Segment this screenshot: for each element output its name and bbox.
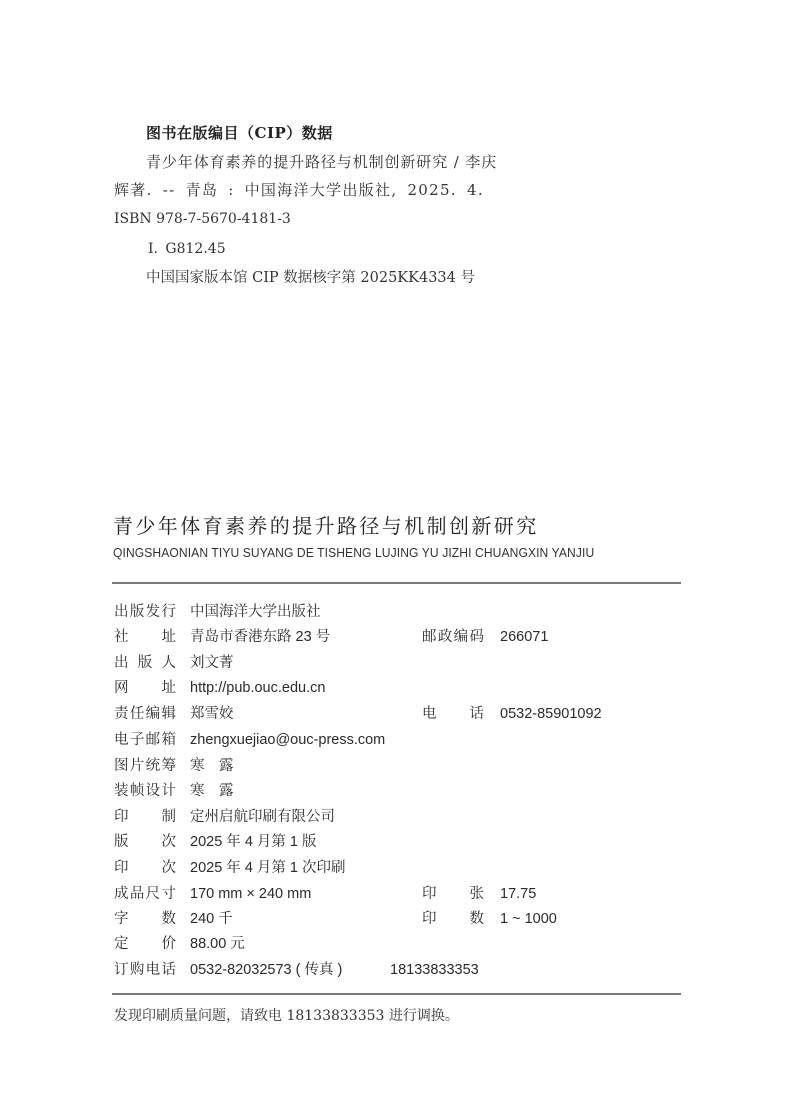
label-char: 码 <box>469 626 484 648</box>
label-char: 张 <box>470 883 485 905</box>
top-divider <box>112 582 681 584</box>
label-char: 成 <box>114 883 129 905</box>
label-char: 编 <box>146 703 161 725</box>
label-char: 装 <box>114 780 129 802</box>
info-value-secondary: 0532-85901092 <box>500 703 602 725</box>
cip-line-isbn: ISBN 978-7-5670-4181-3 <box>114 209 291 229</box>
label-char: 设 <box>146 780 161 802</box>
info-value: 2025 年 4 月第 1 版 <box>190 831 317 853</box>
label-char: 行 <box>161 601 176 623</box>
info-label: 字数 <box>114 908 176 930</box>
info-value: 中国海洋大学出版社 <box>190 601 321 623</box>
cip-line-record-number: 中国国家版本馆 CIP 数据核字第 2025KK4334 号 <box>146 268 475 288</box>
info-label: 网址 <box>114 677 176 699</box>
book-title-pinyin: QINGSHAONIAN TIYU SUYANG DE TISHENG LUJI… <box>113 545 594 561</box>
info-label: 订购电话 <box>114 959 176 981</box>
label-char: 社 <box>114 626 129 648</box>
book-title: 青少年体育素养的提升路径与机制创新研究 <box>113 514 539 540</box>
label-char: 印 <box>422 883 437 905</box>
label-char: 版 <box>114 831 129 853</box>
label-char: 印 <box>422 908 437 930</box>
label-char: 出 <box>114 652 129 674</box>
info-value: 寒 露 <box>190 755 234 777</box>
info-value-secondary: 1 ~ 1000 <box>500 908 557 930</box>
label-char: 址 <box>162 677 177 699</box>
label-char: 片 <box>130 755 145 777</box>
label-char: 次 <box>162 857 177 879</box>
info-label: 版次 <box>114 831 176 853</box>
label-char: 数 <box>470 908 485 930</box>
info-value: 88.00 元 <box>190 933 245 955</box>
info-value: http://pub.ouc.edu.cn <box>190 677 325 699</box>
cip-line-classification: Ⅰ. G812.45 <box>148 239 226 259</box>
info-value: 2025 年 4 月第 1 次印刷 <box>190 857 346 879</box>
info-value: 170 mm × 240 mm <box>190 883 311 905</box>
info-label: 图片统筹 <box>114 755 176 777</box>
label-char: 人 <box>162 652 177 674</box>
label-char: 电 <box>114 729 129 751</box>
info-value-phone-extra: 18133833353 <box>390 959 479 981</box>
label-char: 字 <box>114 908 129 930</box>
label-char: 寸 <box>161 883 176 905</box>
label-char: 辑 <box>161 703 176 725</box>
label-char: 子 <box>130 729 145 751</box>
bottom-divider <box>112 993 681 995</box>
label-char: 电 <box>146 959 161 981</box>
info-value: 寒 露 <box>190 780 234 802</box>
info-value-secondary: 17.75 <box>500 883 536 905</box>
info-value: 青岛市香港东路 23 号 <box>190 626 330 648</box>
label-char: 统 <box>146 755 161 777</box>
label-char: 政 <box>438 626 453 648</box>
label-char: 网 <box>114 677 129 699</box>
label-char: 印 <box>114 806 129 828</box>
info-value: 郑雪姣 <box>190 703 234 725</box>
label-char: 价 <box>162 933 177 955</box>
label-char: 图 <box>114 755 129 777</box>
label-char: 任 <box>130 703 145 725</box>
info-label: 社址 <box>114 626 176 648</box>
info-label-secondary: 邮政编码 <box>422 626 484 648</box>
info-value: 定州启航印刷有限公司 <box>190 806 335 828</box>
info-label: 印次 <box>114 857 176 879</box>
label-char: 筹 <box>161 755 176 777</box>
info-label-secondary: 电话 <box>422 703 484 725</box>
label-char: 帧 <box>130 780 145 802</box>
label-char: 责 <box>114 703 129 725</box>
cip-heading: 图书在版编目（CIP）数据 <box>146 123 333 143</box>
label-char: 尺 <box>146 883 161 905</box>
label-char: 箱 <box>161 729 176 751</box>
info-label: 出版人 <box>114 652 176 674</box>
info-label: 出版发行 <box>114 601 176 623</box>
label-char: 版 <box>138 652 153 674</box>
label-char: 编 <box>454 626 469 648</box>
label-char: 电 <box>422 703 437 725</box>
info-label: 印制 <box>114 806 176 828</box>
label-char: 购 <box>130 959 145 981</box>
info-value: zhengxuejiao@ouc-press.com <box>190 729 385 751</box>
cip-line-title: 青少年体育素养的提升路径与机制创新研究 / 李庆 <box>146 152 497 172</box>
info-label-secondary: 印数 <box>422 908 484 930</box>
label-char: 印 <box>114 857 129 879</box>
label-char: 邮 <box>422 626 437 648</box>
print-quality-note: 发现印刷质量问题，请致电 18133833353 进行调换。 <box>114 1005 459 1027</box>
label-char: 话 <box>470 703 485 725</box>
info-label: 责任编辑 <box>114 703 176 725</box>
label-char: 话 <box>161 959 176 981</box>
info-value: 刘文菁 <box>190 652 234 674</box>
label-char: 计 <box>161 780 176 802</box>
label-char: 发 <box>146 601 161 623</box>
label-char: 制 <box>162 806 177 828</box>
label-char: 品 <box>130 883 145 905</box>
info-label: 装帧设计 <box>114 780 176 802</box>
info-label-secondary: 印张 <box>422 883 484 905</box>
cip-line-author-publisher: 辉著. -- 青岛 : 中国海洋大学出版社, 2025. 4. <box>114 180 484 200</box>
info-value-secondary: 266071 <box>500 626 548 648</box>
info-label: 成品尺寸 <box>114 883 176 905</box>
label-char: 订 <box>114 959 129 981</box>
label-char: 址 <box>162 626 177 648</box>
label-char: 邮 <box>146 729 161 751</box>
label-char: 版 <box>130 601 145 623</box>
label-char: 出 <box>114 601 129 623</box>
label-char: 定 <box>114 933 129 955</box>
info-label: 电子邮箱 <box>114 729 176 751</box>
info-label: 定价 <box>114 933 176 955</box>
info-value: 240 千 <box>190 908 233 930</box>
info-value: 0532-82032573 ( 传真 ) <box>190 959 342 981</box>
label-char: 次 <box>162 831 177 853</box>
label-char: 数 <box>162 908 177 930</box>
